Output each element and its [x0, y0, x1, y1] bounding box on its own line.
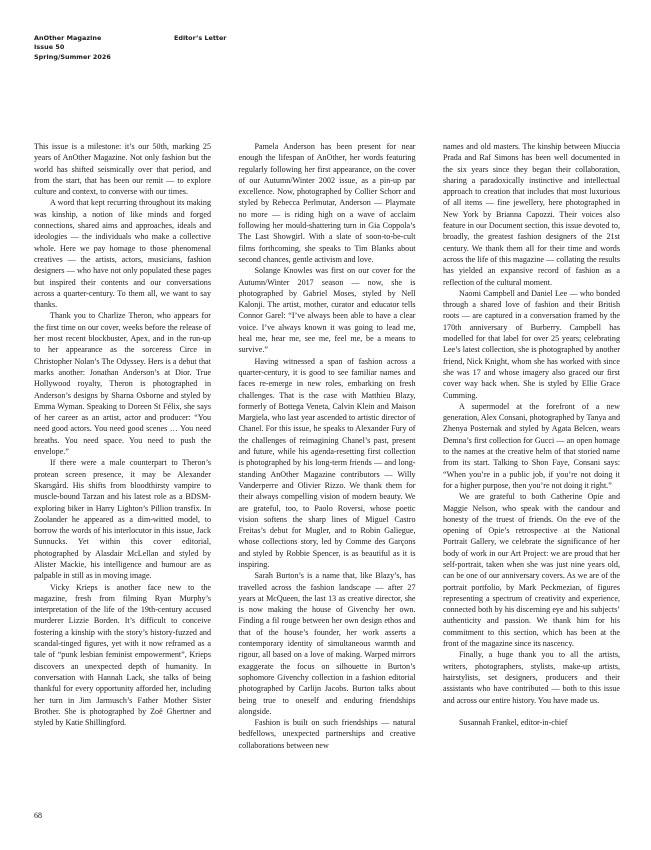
issue-number: Issue 50: [34, 43, 111, 52]
publication-name: AnOther Magazine: [34, 34, 111, 43]
masthead: AnOther Magazine Issue 50 Spring/Summer …: [34, 34, 111, 62]
section-title: Editor’s Letter: [174, 34, 226, 43]
paragraph: Having witnessed a span of fashion acros…: [239, 356, 416, 571]
paragraph: Finally, a huge thank you to all the art…: [443, 649, 620, 705]
paragraph: Vicky Krieps is another face new to the …: [34, 582, 211, 729]
signature: Susannah Frankel, editor-in-chief: [443, 717, 620, 728]
paragraph: Naomi Campbell and Daniel Lee — who bond…: [443, 288, 620, 401]
paragraph: Solange Knowles was first on our cover f…: [239, 265, 416, 355]
page-number: 68: [34, 811, 42, 820]
paragraph: This issue is a milestone: it’s our 50th…: [34, 141, 211, 197]
paragraph: A word that kept recurring throughout it…: [34, 197, 211, 310]
paragraph: Fashion is built on such friendships — n…: [239, 717, 416, 751]
article-body: This issue is a milestone: it’s our 50th…: [34, 141, 620, 751]
paragraph: If there were a male counterpart to Ther…: [34, 457, 211, 581]
paragraph: Pamela Anderson has been present for nea…: [239, 141, 416, 265]
column-2: Pamela Anderson has been present for nea…: [239, 141, 416, 751]
paragraph: A supermodel at the forefront of a new g…: [443, 401, 620, 491]
issue-season: Spring/Summer 2026: [34, 53, 111, 62]
paragraph: Thank you to Charlize Theron, who appear…: [34, 310, 211, 457]
paragraph: names and old masters. The kinship betwe…: [443, 141, 620, 288]
paragraph: We are grateful to both Catherine Opie a…: [443, 491, 620, 649]
column-3: names and old masters. The kinship betwe…: [443, 141, 620, 751]
column-1: This issue is a milestone: it’s our 50th…: [34, 141, 211, 751]
paragraph: Sarah Burton’s is a name that, like Blaz…: [239, 570, 416, 717]
